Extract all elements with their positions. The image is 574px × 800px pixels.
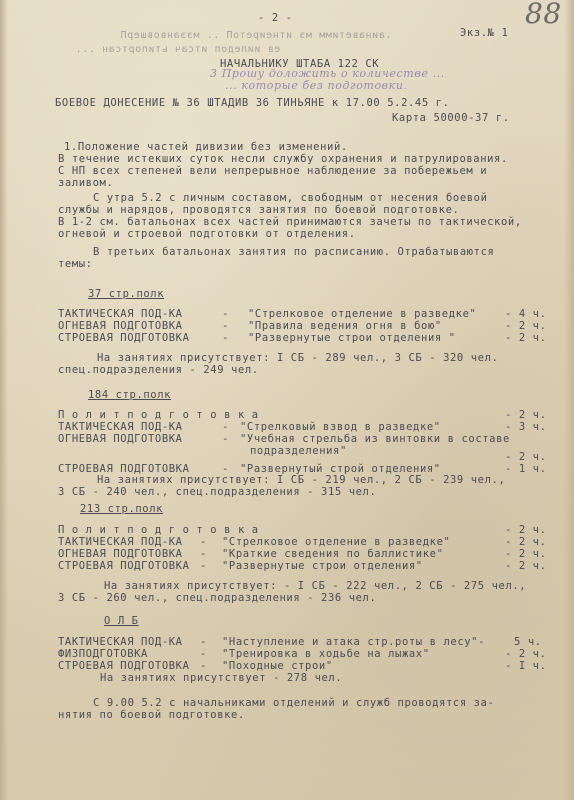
topic: "Учебная стрельба из винтовки в составе	[240, 433, 510, 445]
subject: П о л и т п о д г о т о в к а	[58, 409, 259, 421]
dash: -	[200, 636, 207, 648]
hours: - 2 ч.	[505, 536, 547, 548]
hours: - 3 ч.	[505, 421, 547, 433]
topic: "Развернутые строи отделения "	[248, 332, 456, 344]
subject: ОГНЕВАЯ ПОДГОТОВКА	[58, 548, 183, 560]
dash: -	[200, 560, 207, 572]
subject: ТАКТИЧЕСКАЯ ПОД-КА	[58, 636, 183, 648]
hours: - 2 ч.	[505, 524, 547, 536]
topic: "Стрелковое отделение в разведке"	[222, 536, 450, 548]
dash: -	[222, 421, 229, 433]
unit-heading-olb: О Л Б	[104, 615, 139, 627]
unit-heading-184: 184 стр.полк	[88, 389, 171, 401]
archive-number: 88	[525, 8, 562, 20]
topic: "Краткие сведения по баллистике"	[222, 548, 444, 560]
topic: "Тренировка в ходьбе на лыжах"	[222, 648, 430, 660]
subject: ТАКТИЧЕСКАЯ ПОД-КА	[58, 536, 183, 548]
copy-label: Экз.№ 1	[460, 27, 508, 39]
para1-line: В течение истекших суток несли службу ох…	[58, 153, 508, 165]
subject: ФИЗПОДГОТОВКА	[58, 648, 148, 660]
hours: - 2 ч.	[505, 451, 547, 463]
topic: "Правила ведения огня в бою"	[248, 320, 442, 332]
attendance: На занятиях присутствует: I СБ - 219 чел…	[97, 474, 505, 486]
para2-line: С утра 5.2 с личным составом, свободным …	[93, 192, 488, 204]
hours: - 1 ч.	[505, 463, 547, 475]
dash: -	[200, 536, 207, 548]
dash: -	[222, 320, 229, 332]
para2-line: огневой и строевой подготовки от отделен…	[58, 228, 356, 240]
dash: -	[222, 308, 229, 320]
para1-line: заливом.	[58, 177, 113, 189]
attendance: На занятиях присутствует - 278 чел.	[100, 672, 342, 684]
hours: - 2 ч.	[505, 409, 547, 421]
dash: -	[222, 433, 229, 445]
topic: "Стрелковый взвод в разведке"	[240, 421, 441, 433]
hours: 5 ч.	[514, 636, 542, 648]
hours: - 2 ч.	[505, 560, 547, 572]
page-number: - 2 -	[258, 12, 293, 24]
unit-heading-213: 213 стр.полк	[80, 503, 163, 515]
para2-line: В 1-2 см. батальонах всех частей принима…	[58, 216, 522, 228]
document-page: - 2 - 88 Экз.№ 1 .аинаветимм мэ итнеирет…	[0, 0, 574, 800]
topic: "Стрелковое отделение в разведке"	[248, 308, 476, 320]
attendance: На занятиях присутствует: I СБ - 289 чел…	[97, 352, 498, 364]
topic: "Развернутые строи отделения"	[222, 560, 423, 572]
subject: ТАКТИЧЕСКАЯ ПОД-КА	[58, 308, 183, 320]
hours: - 4 ч.	[505, 308, 547, 320]
attendance: спец.подразделения - 249 чел.	[58, 364, 259, 376]
dash: -	[200, 660, 207, 672]
topic: "Походные строи"	[222, 660, 333, 672]
unit-heading-37: 37 стр.полк	[88, 288, 164, 300]
subject: ОГНЕВАЯ ПОДГОТОВКА	[58, 433, 183, 445]
hours: - 2 ч.	[505, 648, 547, 660]
paper-edge-left	[0, 0, 8, 800]
subject: ТАКТИЧЕСКАЯ ПОД-КА	[58, 421, 183, 433]
para3-line: темы:	[58, 258, 93, 270]
handwritten-note-2: ... которые без подготовки.	[225, 80, 408, 92]
attendance: 3 СБ - 240 чел., спец.подразделения - 31…	[58, 486, 376, 498]
hours: - 2 ч.	[505, 332, 547, 344]
attendance: На занятиях присутствует: - I СБ - 222 ч…	[104, 580, 526, 592]
subject: СТРОЕВАЯ ПОДГОТОВКА	[58, 660, 190, 672]
topic: подразделения"	[250, 445, 347, 457]
subject: СТРОЕВАЯ ПОДГОТОВКА	[58, 560, 190, 572]
dash: -	[200, 648, 207, 660]
subject: СТРОЕВАЯ ПОДГОТОВКА	[58, 332, 190, 344]
subject: ОГНЕВАЯ ПОДГОТОВКА	[58, 320, 183, 332]
paper-edge-right	[564, 0, 574, 800]
para3-line: В третьих батальонах занятия по расписан…	[93, 246, 494, 258]
dash: -	[222, 332, 229, 344]
subject: П о л и т п о д г о т о в к а	[58, 524, 259, 536]
report-title: БОЕВОЕ ДОНЕСЕНИЕ № 36 ШТАДИВ 36 ТИНЬЯНЕ …	[55, 97, 450, 109]
section-1-heading: 1.Положение частей дивизии без изменений…	[64, 141, 348, 153]
para2-line: службы и нарядов, проводятся занятия по …	[58, 204, 459, 216]
attendance: 3 СБ - 260 чел., спец.подразделения - 23…	[58, 592, 376, 604]
para1-line: С НП всех степеней вели непрерывное набл…	[58, 165, 487, 177]
topic: "Наступление и атака стр.роты в лесу"-	[222, 636, 485, 648]
hours: - 2 ч.	[505, 548, 547, 560]
hours: - I ч.	[505, 660, 547, 672]
dash: -	[200, 548, 207, 560]
mirror-text-2: ев ииледоп итсач ьтипортсан ...	[75, 44, 280, 56]
mirror-text-1: .аинаветимм мэ итнеиретоП .. мээанвовшер…	[120, 30, 391, 42]
closing-line: С 9.00 5.2 с начальниками отделений и сл…	[93, 697, 494, 709]
closing-line: нятия по боевой подготовке.	[58, 709, 245, 721]
hours: - 2 ч.	[505, 320, 547, 332]
map-reference: Карта 50000-37 г.	[392, 112, 510, 124]
